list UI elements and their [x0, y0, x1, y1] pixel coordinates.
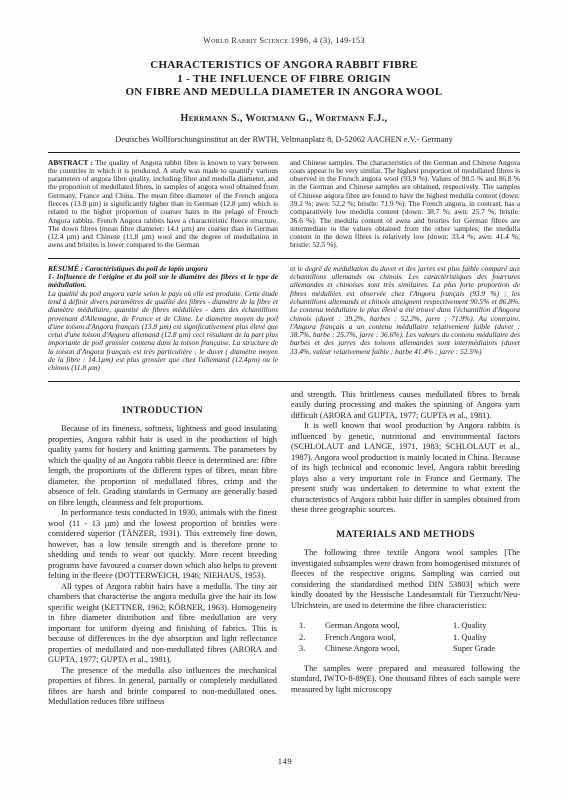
sample-grade: Super Grade [453, 643, 520, 655]
title-line-1: CHARACTERISTICS OF ANGORA RABBIT FIBRE [48, 59, 520, 73]
divider-top [48, 152, 520, 153]
abstract-column-left: ABSTRACT : The quality of Angora rabbit … [48, 159, 278, 250]
sample-name: Chinese Angora wool, [325, 643, 453, 655]
abstract-section: ABSTRACT : The quality of Angora rabbit … [48, 159, 520, 250]
sample-number: 1. [299, 620, 325, 632]
journal-header: World Rabbit Science 1996, 4 (3), 149-15… [48, 36, 520, 45]
resume-heading-2: 1- Influence de l'origine et du poil sur… [48, 273, 278, 290]
sample-list: 1. German Angora wool, 1. Quality 2. Fre… [299, 620, 520, 655]
sample-row-1: 1. German Angora wool, 1. Quality [299, 620, 520, 632]
abstract-text-right: and Chinese samples. The characteristics… [290, 159, 520, 250]
abstract-column-right: and Chinese samples. The characteristics… [290, 159, 520, 250]
introduction-heading: INTRODUCTION [48, 406, 277, 417]
resume-text-left: La qualité du poil angora varie selon le… [48, 290, 278, 373]
paper-page: World Rabbit Science 1996, 4 (3), 149-15… [0, 0, 570, 800]
intro-paragraph-3: All types of Angora rabbit hairs have a … [48, 582, 277, 666]
title-line-3: ON FIBRE AND MEDULLA DIAMETER IN ANGORA … [48, 86, 520, 100]
methods-heading: MATERIALS AND METHODS [291, 530, 520, 541]
sample-number: 2. [299, 632, 325, 644]
paper-title: CHARACTERISTICS OF ANGORA RABBIT FIBRE 1… [48, 59, 520, 100]
intro-paragraph-5: and strength. This brittleness causes me… [291, 390, 520, 422]
sample-grade: 1. Quality [453, 632, 520, 644]
intro-paragraph-6: It is well known that wool production by… [291, 421, 520, 516]
sample-name: French Angora wool, [325, 632, 453, 644]
methods-paragraph-1: The following three textile Angora wool … [291, 548, 520, 611]
resume-column-left: RÉSUMÉ : Caractéristiques du poil de lap… [48, 265, 278, 373]
body-section: INTRODUCTION Because of its fineness, so… [48, 390, 520, 708]
sample-row-3: 3. Chinese Angora wool, Super Grade [299, 643, 520, 655]
sample-grade: 1. Quality [453, 620, 520, 632]
intro-paragraph-1: Because of its fineness, softness, light… [48, 424, 277, 508]
title-line-2: 1 - THE INFLUENCE OF FIBRE ORIGIN [48, 73, 520, 87]
resume-column-right: et le degré de médullation du duvet et d… [290, 265, 520, 373]
divider-abstract [48, 258, 520, 259]
resume-section: RÉSUMÉ : Caractéristiques du poil de lap… [48, 265, 520, 373]
body-column-left: INTRODUCTION Because of its fineness, so… [48, 390, 277, 708]
page-number: 149 [0, 756, 570, 766]
sample-number: 3. [299, 643, 325, 655]
affiliation-line: Deutsches Wollforschungsinstitut an der … [48, 135, 520, 144]
divider-resume [48, 381, 520, 382]
sample-name: German Angora wool, [325, 620, 453, 632]
authors-line: Herrmann S., Wortmann G., Wortmann F.J., [48, 113, 520, 124]
intro-paragraph-2: In performance tests conducted in 1930, … [48, 508, 277, 582]
body-column-right: and strength. This brittleness causes me… [291, 390, 520, 708]
abstract-paragraph-left: ABSTRACT : The quality of Angora rabbit … [48, 159, 278, 250]
sample-row-2: 2. French Angora wool, 1. Quality [299, 632, 520, 644]
abstract-text-left: The quality of Angora rabbit fibre is kn… [48, 158, 278, 250]
methods-paragraph-2: The samples were prepared and measured f… [291, 664, 520, 696]
resume-text-right: et le degré de médullation du duvet et d… [290, 265, 520, 356]
intro-paragraph-4: The presence of the medulla also influen… [48, 666, 277, 708]
